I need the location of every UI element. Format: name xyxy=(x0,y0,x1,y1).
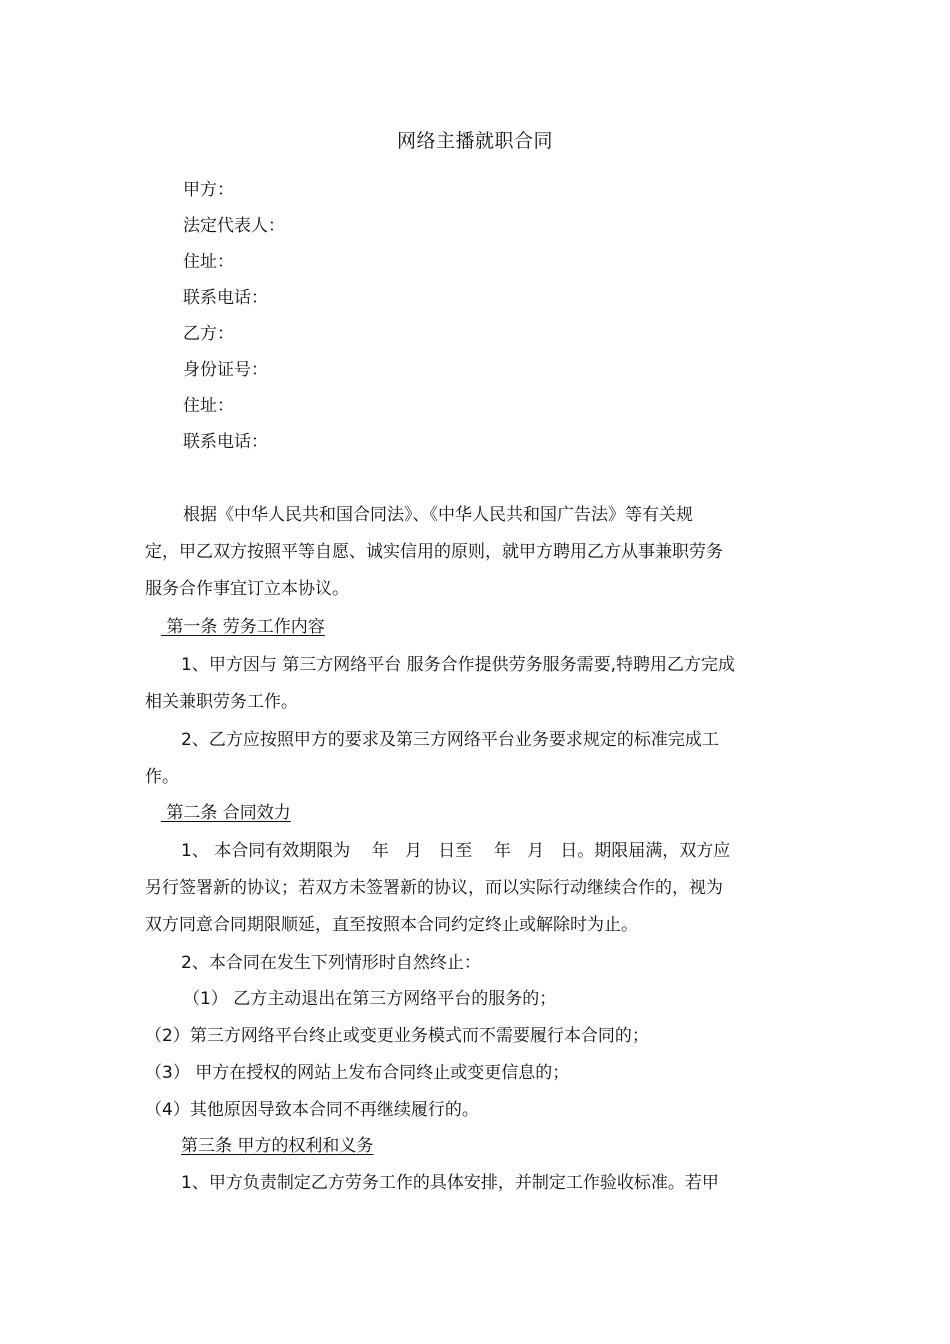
party-b-address-label: 住址： xyxy=(183,395,234,417)
article-2-item-1: 1、 本合同有效期限为 年 月 日至 年 月 日。期限届满，双方应 xyxy=(181,840,730,862)
preamble-line-1: 根据《中华人民共和国合同法》、《中华人民共和国广告法》等有关规 xyxy=(183,504,693,526)
party-b-label: 乙方： xyxy=(183,323,234,345)
preamble-line-2: 定，甲乙双方按照平等自愿、诚实信用的原则，就甲方聘用乙方从事兼职劳务 xyxy=(145,541,723,563)
document-page: 网络主播就职合同 甲方： 法定代表人： 住址： 联系电话： 乙方： 身份证号： … xyxy=(0,0,950,1344)
article-1-heading: 第一条 劳务工作内容 xyxy=(161,616,325,638)
party-a-address-label: 住址： xyxy=(183,251,234,273)
article-2-item-1-cont-2: 双方同意合同期限顺延，直至按照本合同约定终止或解除时为止。 xyxy=(145,914,638,936)
legal-rep-label: 法定代表人： xyxy=(183,215,285,237)
article-1-item-1-cont: 相关兼职劳务工作。 xyxy=(145,691,298,713)
article-2-case-2: （2）第三方网络平台终止或变更业务模式而不需要履行本合同的； xyxy=(145,1025,649,1047)
article-3-heading: 第三条 甲方的权利和义务 xyxy=(181,1135,373,1157)
article-1-item-1: 1、甲方因与 第三方网络平台 服务合作提供劳务服务需要,特聘用乙方完成 xyxy=(181,654,735,676)
party-a-phone-label: 联系电话： xyxy=(183,287,268,309)
preamble-line-3: 服务合作事宜订立本协议。 xyxy=(145,578,349,600)
party-a-label: 甲方： xyxy=(183,179,234,201)
article-2-item-1-cont-1: 另行签署新的协议；若双方未签署新的协议，而以实际行动继续合作的，视为 xyxy=(145,877,723,899)
article-2-heading: 第二条 合同效力 xyxy=(161,802,291,824)
article-2-item-2: 2、本合同在发生下列情形时自然终止： xyxy=(181,952,481,974)
article-2-case-1: （1） 乙方主动退出在第三方网络平台的服务的； xyxy=(183,988,556,1010)
article-1-item-2-cont: 作。 xyxy=(145,766,179,788)
article-2-case-4: （4）其他原因导致本合同不再继续履行的。 xyxy=(145,1099,479,1121)
article-1-item-2: 2、乙方应按照甲方的要求及第三方网络平台业务要求规定的标准完成工 xyxy=(181,729,719,751)
id-number-label: 身份证号： xyxy=(183,359,268,381)
document-title: 网络主播就职合同 xyxy=(0,126,950,153)
party-b-phone-label: 联系电话： xyxy=(183,431,268,453)
article-2-case-3: （3） 甲方在授权的网站上发布合同终止或变更信息的； xyxy=(145,1062,569,1084)
article-3-item-1: 1、甲方负责制定乙方劳务工作的具体安排，并制定工作验收标准。若甲 xyxy=(181,1172,719,1194)
